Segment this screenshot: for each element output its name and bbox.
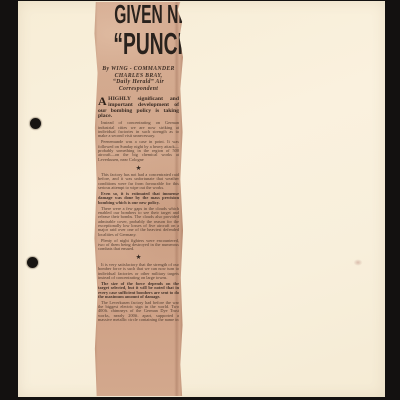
- byline-line-3: “Daily Herald” Air: [98, 79, 179, 86]
- page-stain: [352, 258, 364, 267]
- body-paragraph: Instead of concentrating on German indus…: [98, 121, 179, 138]
- newspaper-clipping: GIVEN NEW “PUNCH” By WING - COMMANDER CH…: [94, 2, 183, 396]
- punch-hole-bottom: [27, 257, 38, 268]
- byline-line-4: Correspondent: [98, 86, 179, 93]
- body-paragraph: There were a few gaps in the clouds whic…: [98, 207, 179, 237]
- body-paragraph: It is very satisfactory that the strengt…: [98, 263, 179, 280]
- body-paragraph: Plenty of night fighters were encountere…: [98, 239, 179, 252]
- lead-text: HIGHLY significant and important develop…: [98, 96, 179, 119]
- body-paragraph: The size of the force depends on the tar…: [98, 282, 179, 299]
- body-paragraph: The Leverkusen factory had before the wa…: [98, 301, 179, 323]
- archive-photo: { "colors": { "frame_black": "#131110", …: [0, 0, 400, 400]
- album-page: [18, 1, 385, 397]
- byline: By WING - COMMANDER CHARLES BRAY, “Daily…: [98, 66, 179, 92]
- byline-line-1: By WING - COMMANDER: [98, 66, 179, 73]
- lead-paragraph: A HIGHLY significant and important devel…: [98, 97, 179, 119]
- headline-line-2: “PUNCH”: [113, 29, 163, 58]
- headline-line-1: GIVEN NEW: [114, 3, 163, 26]
- byline-line-2: CHARLES BRAY,: [98, 73, 179, 80]
- body-paragraph: This factory has not had a concentrated …: [98, 173, 179, 190]
- star-separator: ★: [98, 165, 179, 172]
- body-paragraph: Peenemunde was a case in point. It was f…: [98, 140, 179, 162]
- punch-hole-top: [30, 118, 41, 129]
- dropcap: A: [98, 97, 107, 107]
- star-separator: ★: [98, 254, 179, 261]
- body-paragraph: Even so, it is estimated that immense da…: [98, 192, 179, 205]
